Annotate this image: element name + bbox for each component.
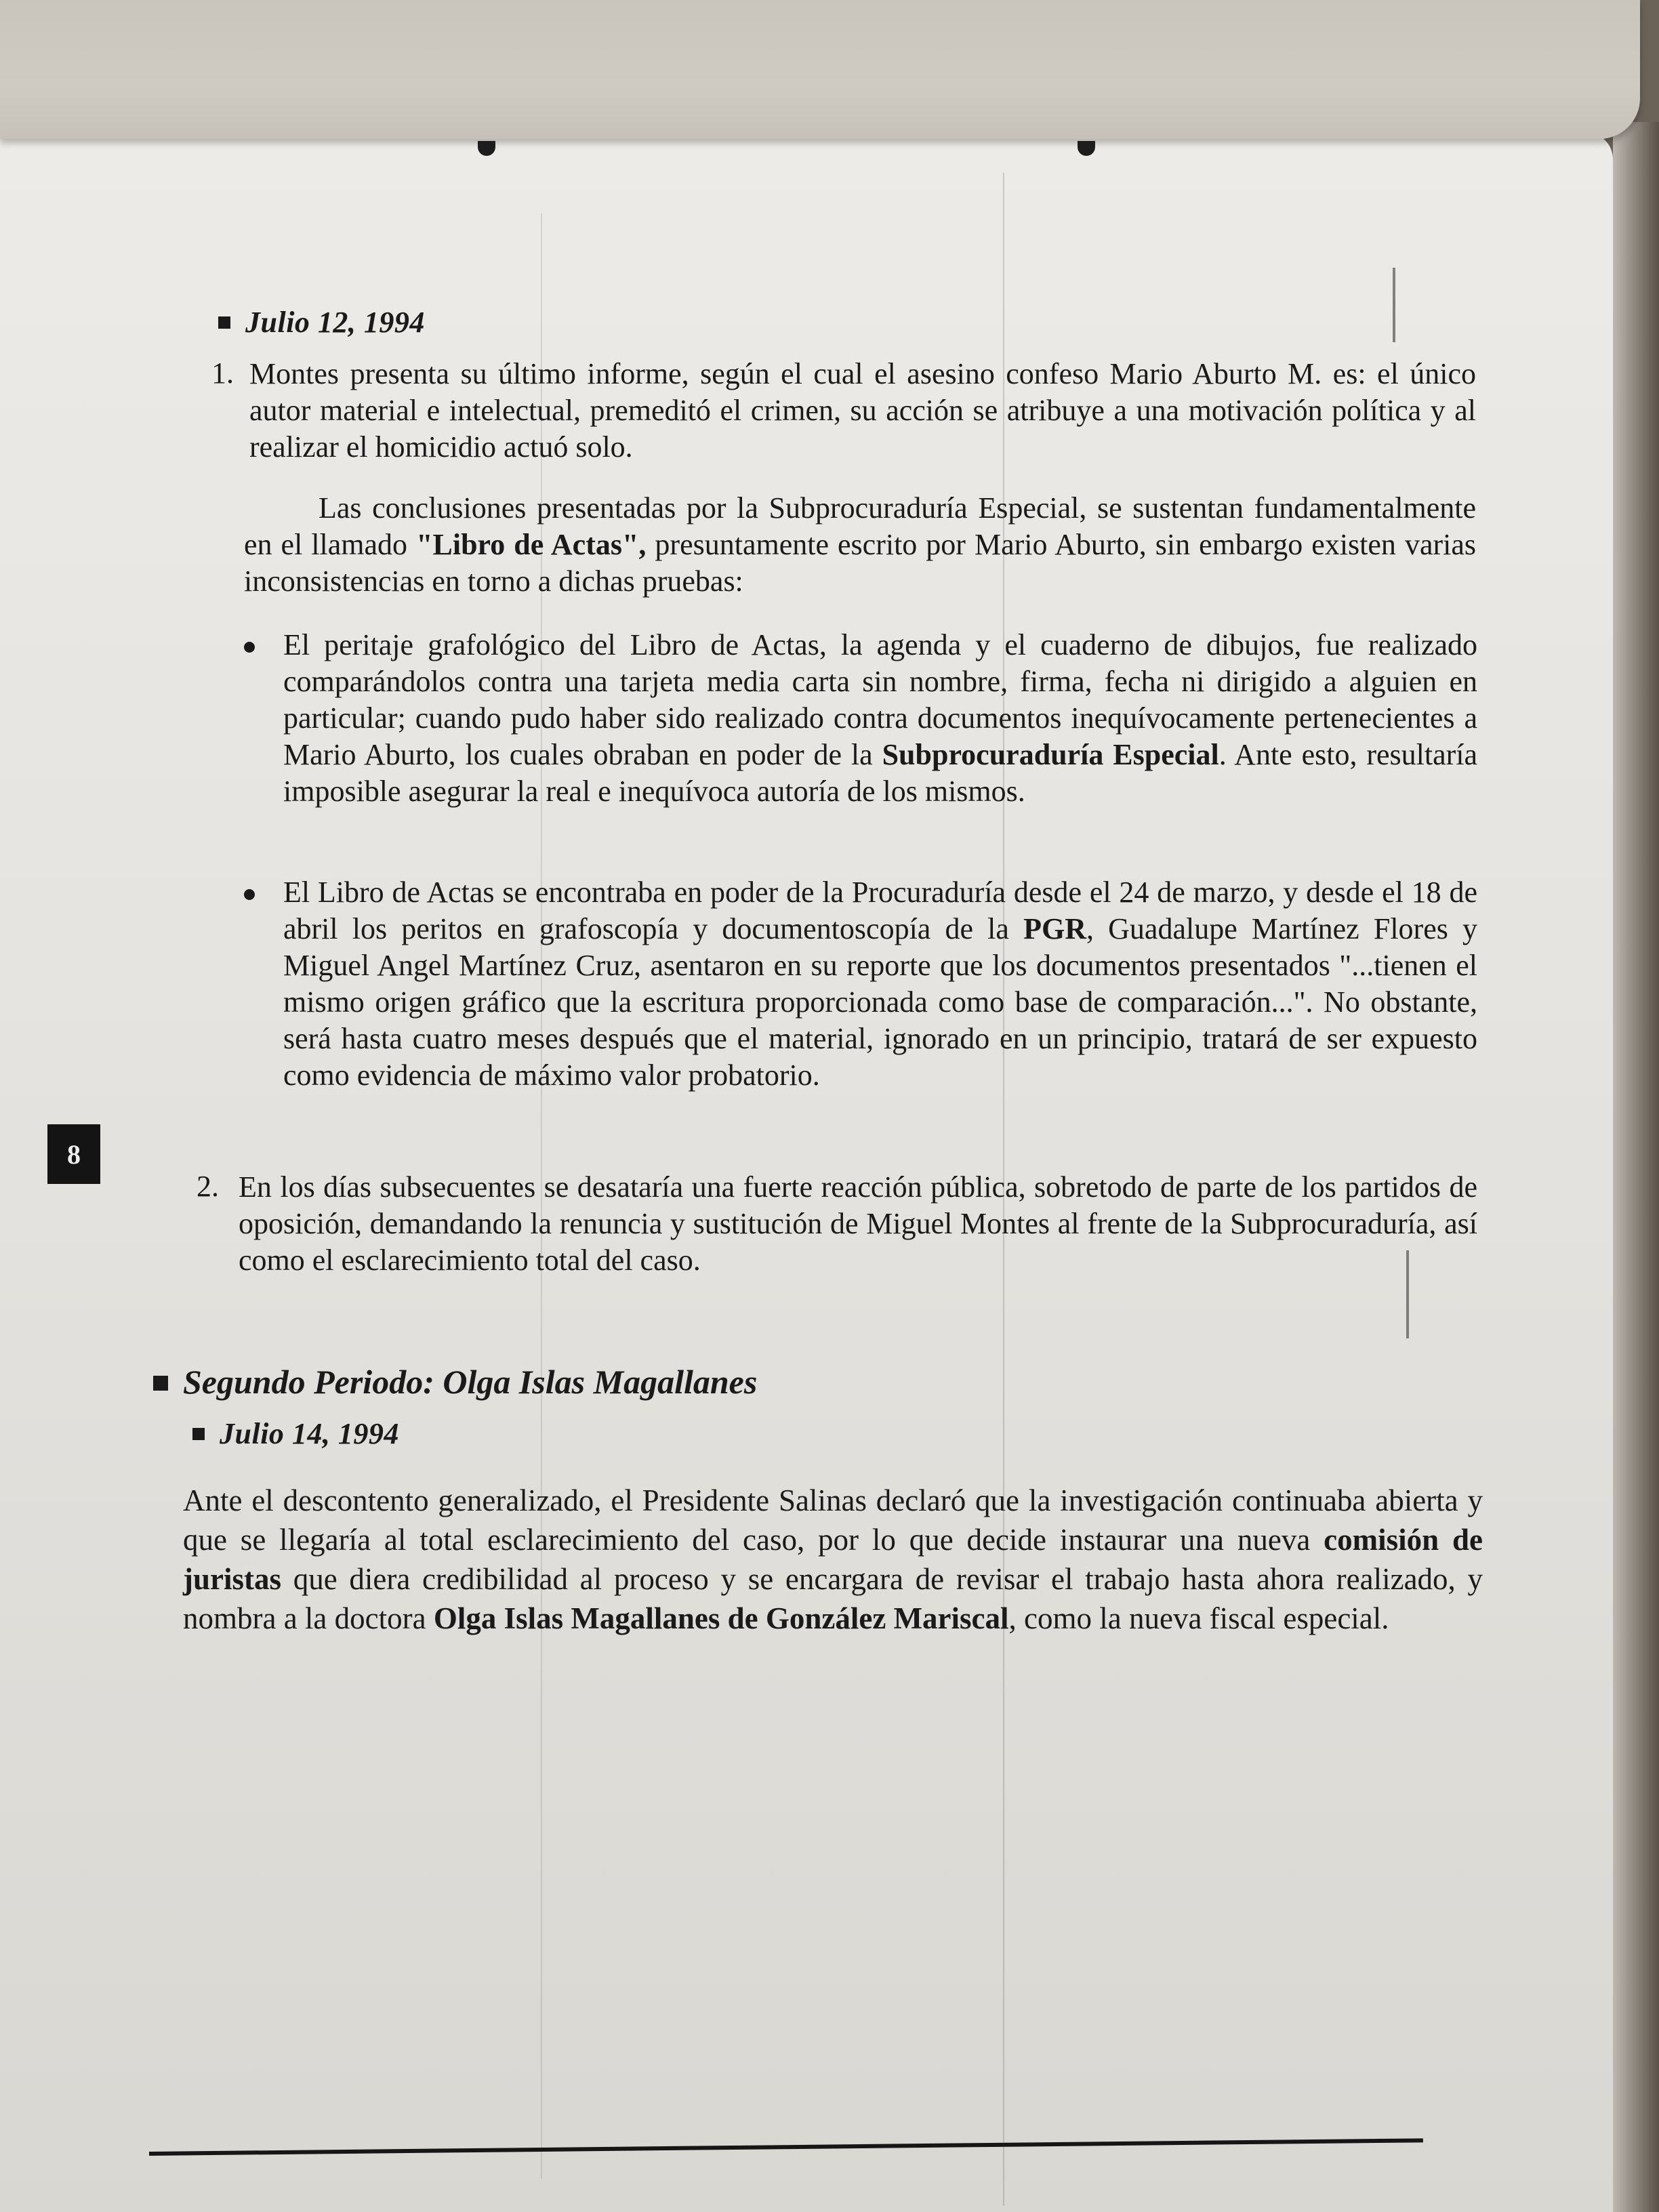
document-page: Julio 12, 1994 1. Montes presenta su últ… xyxy=(0,132,1613,2212)
period-2-paragraph: Ante el descontento generalizado, el Pre… xyxy=(183,1481,1483,1638)
scanner-mark xyxy=(1406,1250,1409,1338)
pgr-bold: PGR xyxy=(1023,912,1086,945)
conclusions-paragraph: Las conclusiones presentadas por la Subp… xyxy=(244,490,1476,600)
date-heading-julio-12: Julio 12, 1994 xyxy=(218,305,425,340)
item-number-2: 2. xyxy=(197,1169,219,1204)
period-2-text-end: , como la nueva fiscal especial. xyxy=(1009,1601,1389,1635)
square-bullet-icon xyxy=(153,1376,168,1391)
item-2-text: En los días subsecuentes se desataría un… xyxy=(239,1169,1477,1279)
previous-page-flap xyxy=(0,0,1640,139)
bullet-dot-icon xyxy=(244,642,255,653)
bullet-1-text: El peritaje grafológico del Libro de Act… xyxy=(283,627,1477,810)
item-number-1: 1. xyxy=(211,356,234,390)
footer-rule xyxy=(149,2138,1423,2156)
bullet-2-text: El Libro de Actas se encontraba en poder… xyxy=(283,874,1477,1094)
date-heading-julio-14: Julio 14, 1994 xyxy=(192,1416,399,1451)
page-number-badge: 8 xyxy=(47,1124,100,1184)
bleed-through-ghost xyxy=(0,1908,366,1969)
square-bullet-icon xyxy=(218,316,230,329)
olga-islas-bold: Olga Islas Magallanes de González Marisc… xyxy=(434,1601,1009,1635)
scanner-streak xyxy=(541,213,542,2179)
page-stack-edge xyxy=(1613,122,1659,2212)
item-1-text: Montes presenta su último informe, según… xyxy=(249,356,1476,466)
section-heading-segundo-periodo: Segundo Periodo: Olga Islas Magallanes xyxy=(153,1362,757,1401)
period-2-text: Ante el descontento generalizado, el Pre… xyxy=(183,1483,1483,1557)
square-bullet-icon xyxy=(192,1428,205,1440)
bullet-dot-icon xyxy=(244,889,255,900)
scanner-streak xyxy=(1003,173,1004,2206)
scanner-mark xyxy=(1393,268,1395,342)
libro-de-actas-bold: "Libro de Actas", xyxy=(416,528,646,561)
subprocuraduria-bold: Subprocuraduría Especial xyxy=(882,738,1219,771)
date-text: Julio 14, 1994 xyxy=(220,1417,399,1450)
section-heading-text: Segundo Periodo: Olga Islas Magallanes xyxy=(183,1363,757,1401)
date-text: Julio 12, 1994 xyxy=(245,306,425,339)
